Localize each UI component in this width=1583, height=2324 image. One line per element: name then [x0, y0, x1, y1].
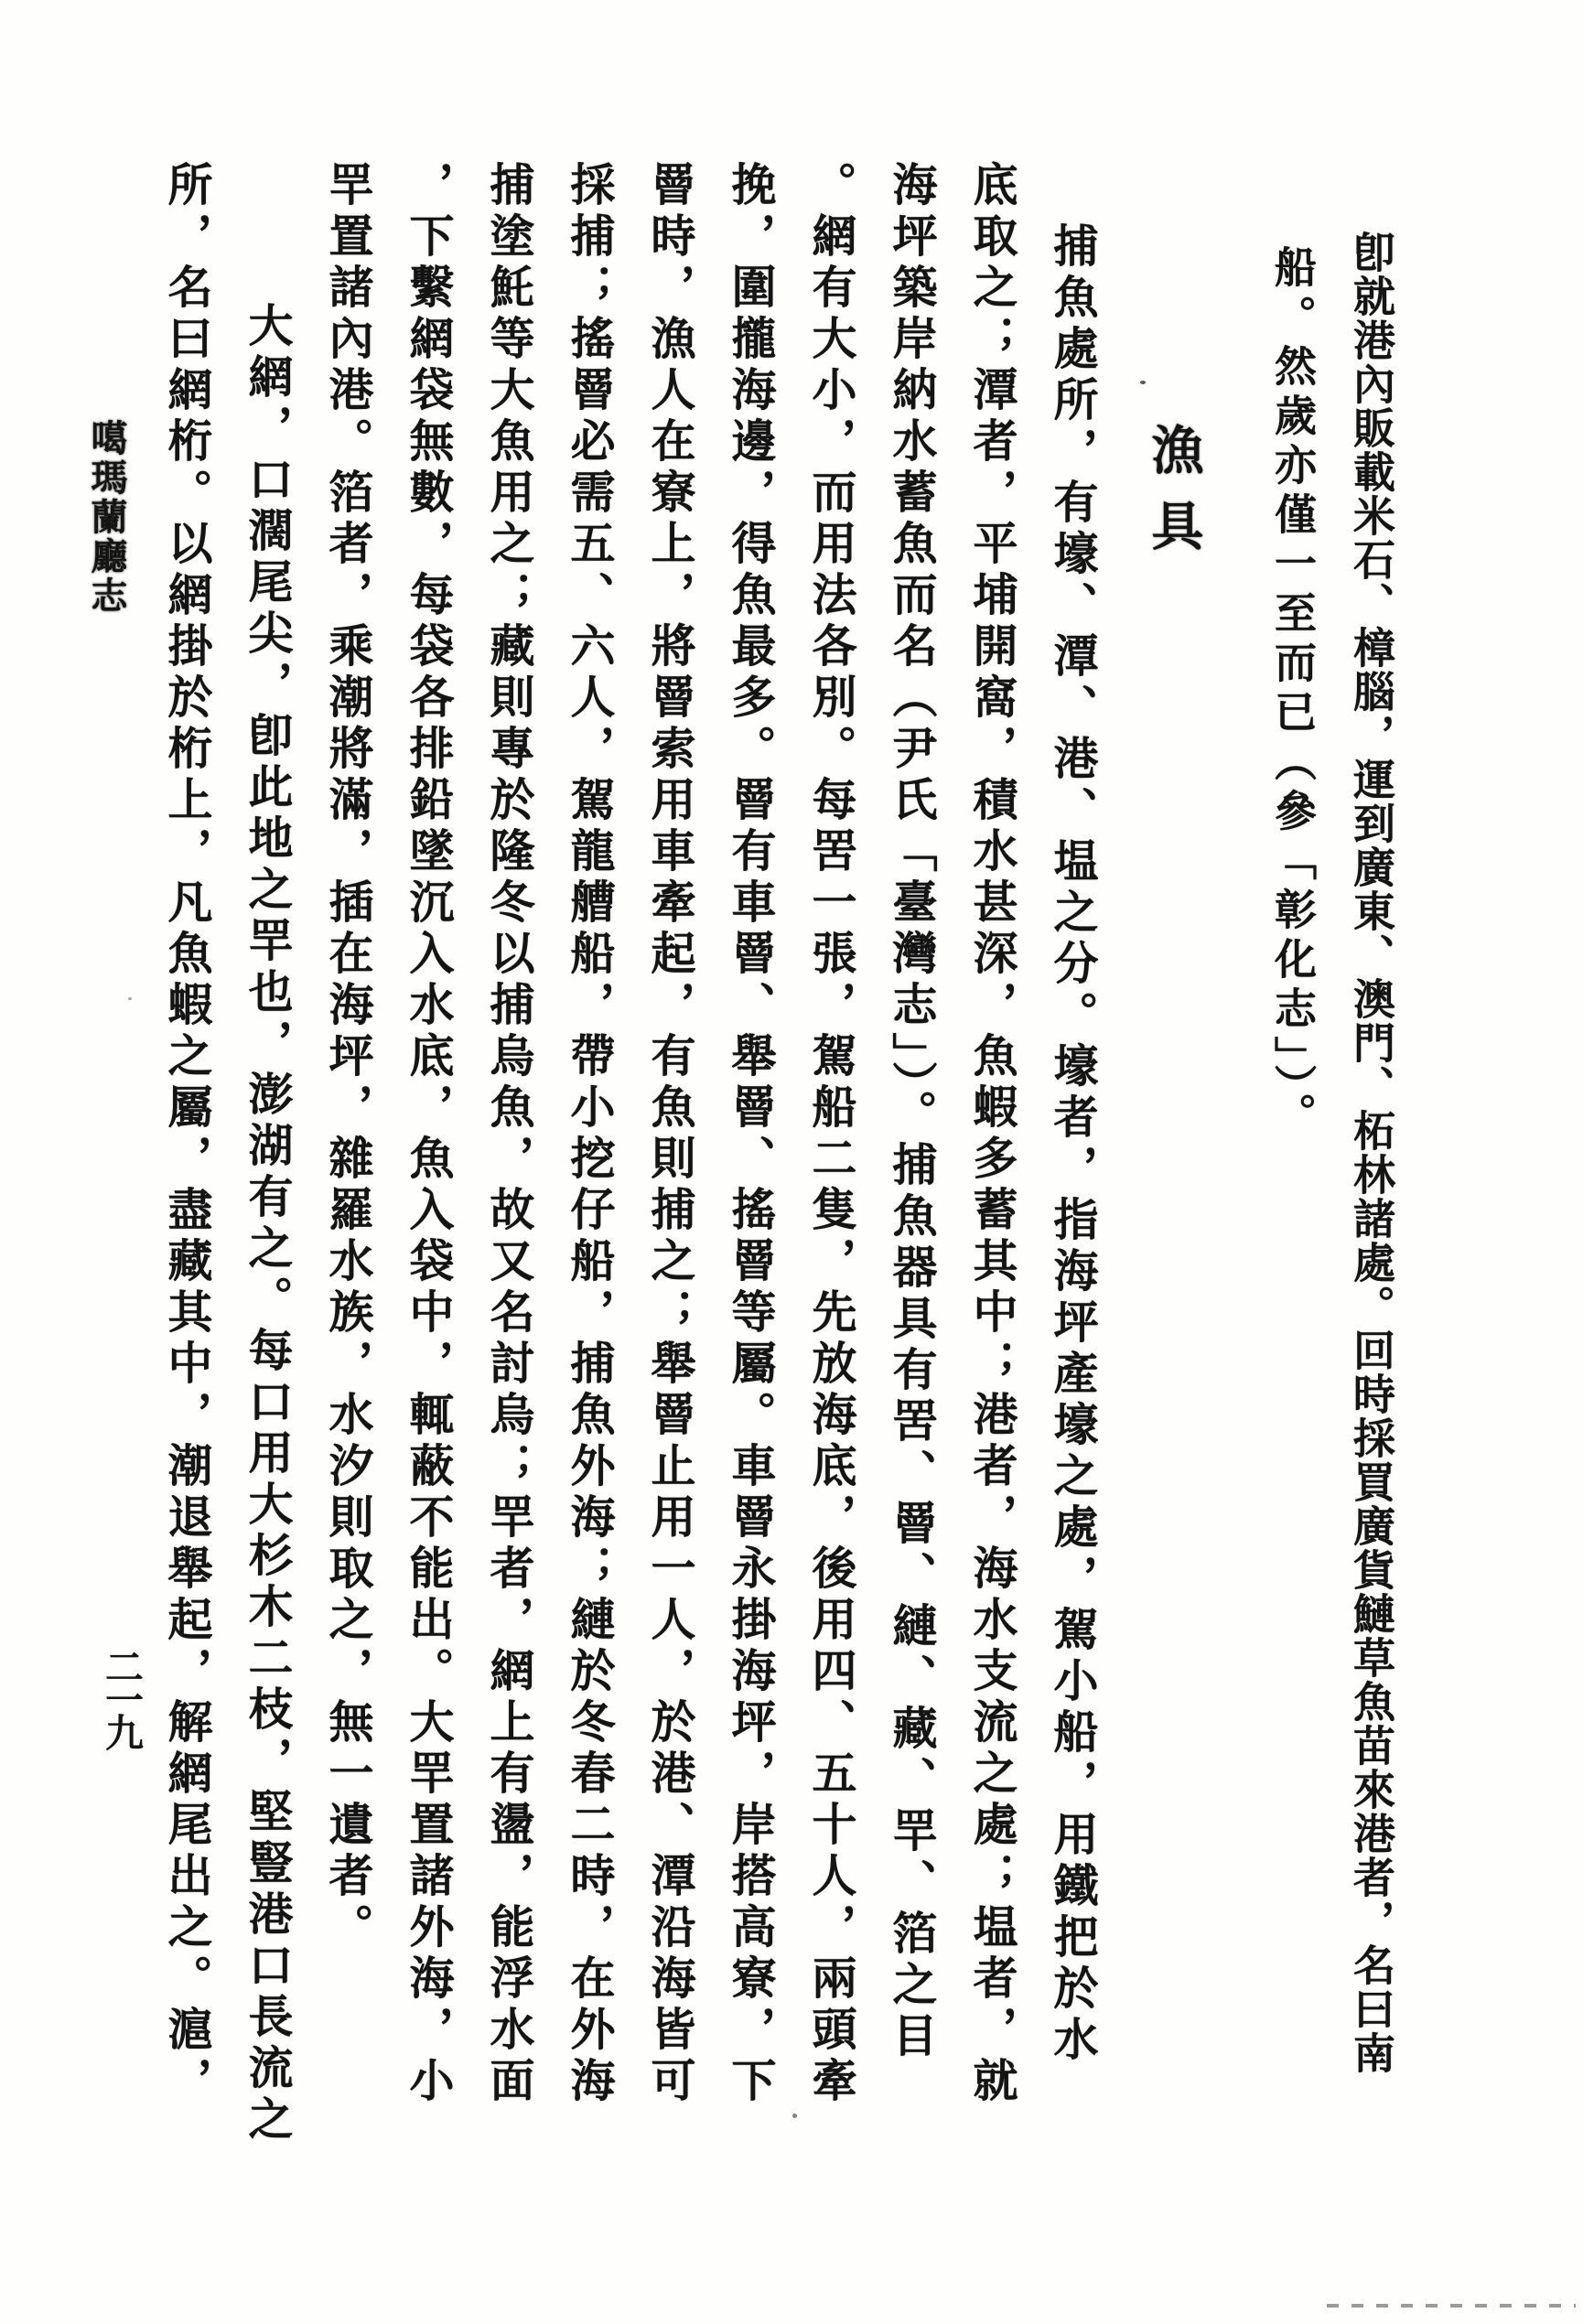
scan-speck — [1140, 381, 1146, 384]
text-column-prev-1: 卽就港內販載米石、樟腦，運到廣東、澳門、柘林諸處。回時採買廣貨鰱草魚苗來港者，名… — [1351, 231, 1393, 2075]
text-column-prev-2: 船。然歲亦僅一至而已（參「彰化志」）。 — [1272, 245, 1314, 1142]
text-column-body-8: 捕塗魠等大魚用之；藏則專於隆冬以捕烏魚，故又名討烏；䍐者，網上有盪，能浮水面 — [487, 161, 532, 2108]
scan-edge-artifact — [1327, 2304, 1576, 2308]
text-column-body-6: 罾時，漁人在寮上，將罾索用車牽起，有魚則捕之；舉罾止用一人，於港、潭沿海皆可 — [648, 161, 693, 2108]
scan-speck — [128, 997, 132, 1000]
text-column-body-10: 䍐置諸內港。箔者，乘潮將滿，插在海坪，雜羅水族，水汐則取之，無一遺者。 — [326, 161, 371, 1954]
text-column-body-5: 挽，圍攏海邊，得魚最多。罾有車罾、舉罾、搖罾等屬。車罾永掛海坪，岸搭高寮，下 — [728, 161, 773, 2108]
text-column-body-9: ，下繫網袋無數，每袋各排鉛墜沉入水底，魚入袋中，輒蔽不能出。大䍐置諸外海，小 — [406, 161, 451, 2108]
text-column-body-3: 海坪築岸納水蓄魚而名（尹氏「臺灣志」）。捕魚器具有罟、罾、縺、藏、䍐、箔之目 — [889, 161, 934, 2063]
text-column-body-2: 底取之；潭者，平埔開窩，積水甚深，魚蝦多蓄其中；港者，海水支流之處；塭者，就 — [970, 161, 1015, 2108]
text-column-body-11: 大網，口濶尾尖，卽此地之䍐也，澎湖有之。每口用大杉木二枝，堅豎港口長流之 — [245, 302, 290, 2146]
scanned-book-page: 卽就港內販載米石、樟腦，運到廣東、澳門、柘林諸處。回時採買廣貨鰱草魚苗來港者，名… — [0, 0, 1583, 2324]
book-spine-title: 噶瑪蘭廳志 — [88, 419, 124, 616]
text-column-body-4: 。網有大小，而用法各別。每罟一張，駕船二隻，先放海底，後用四、五十人，兩頭牽 — [809, 161, 854, 2108]
page-number: 二一九 — [102, 1647, 141, 1746]
text-column-body-12: 所，名曰網桁。以網掛於桁上，凡魚蝦之屬，盡藏其中，潮退舉起，解網尾出之。滬， — [165, 161, 210, 2108]
text-column-body-1: 捕魚處所，有壕、潭、港、塭之分。壕者，指海坪產壕之處，駕小船，用鐵把於水 — [1050, 222, 1095, 2067]
section-heading-fishing-gear: 漁具 — [1147, 423, 1200, 575]
scan-speck — [792, 2114, 797, 2118]
text-column-body-7: 採捕；搖罾必需五、六人，駕龍艚船，帶小挖仔船，捕魚外海；縺於冬春二時，在外海 — [567, 161, 612, 2108]
